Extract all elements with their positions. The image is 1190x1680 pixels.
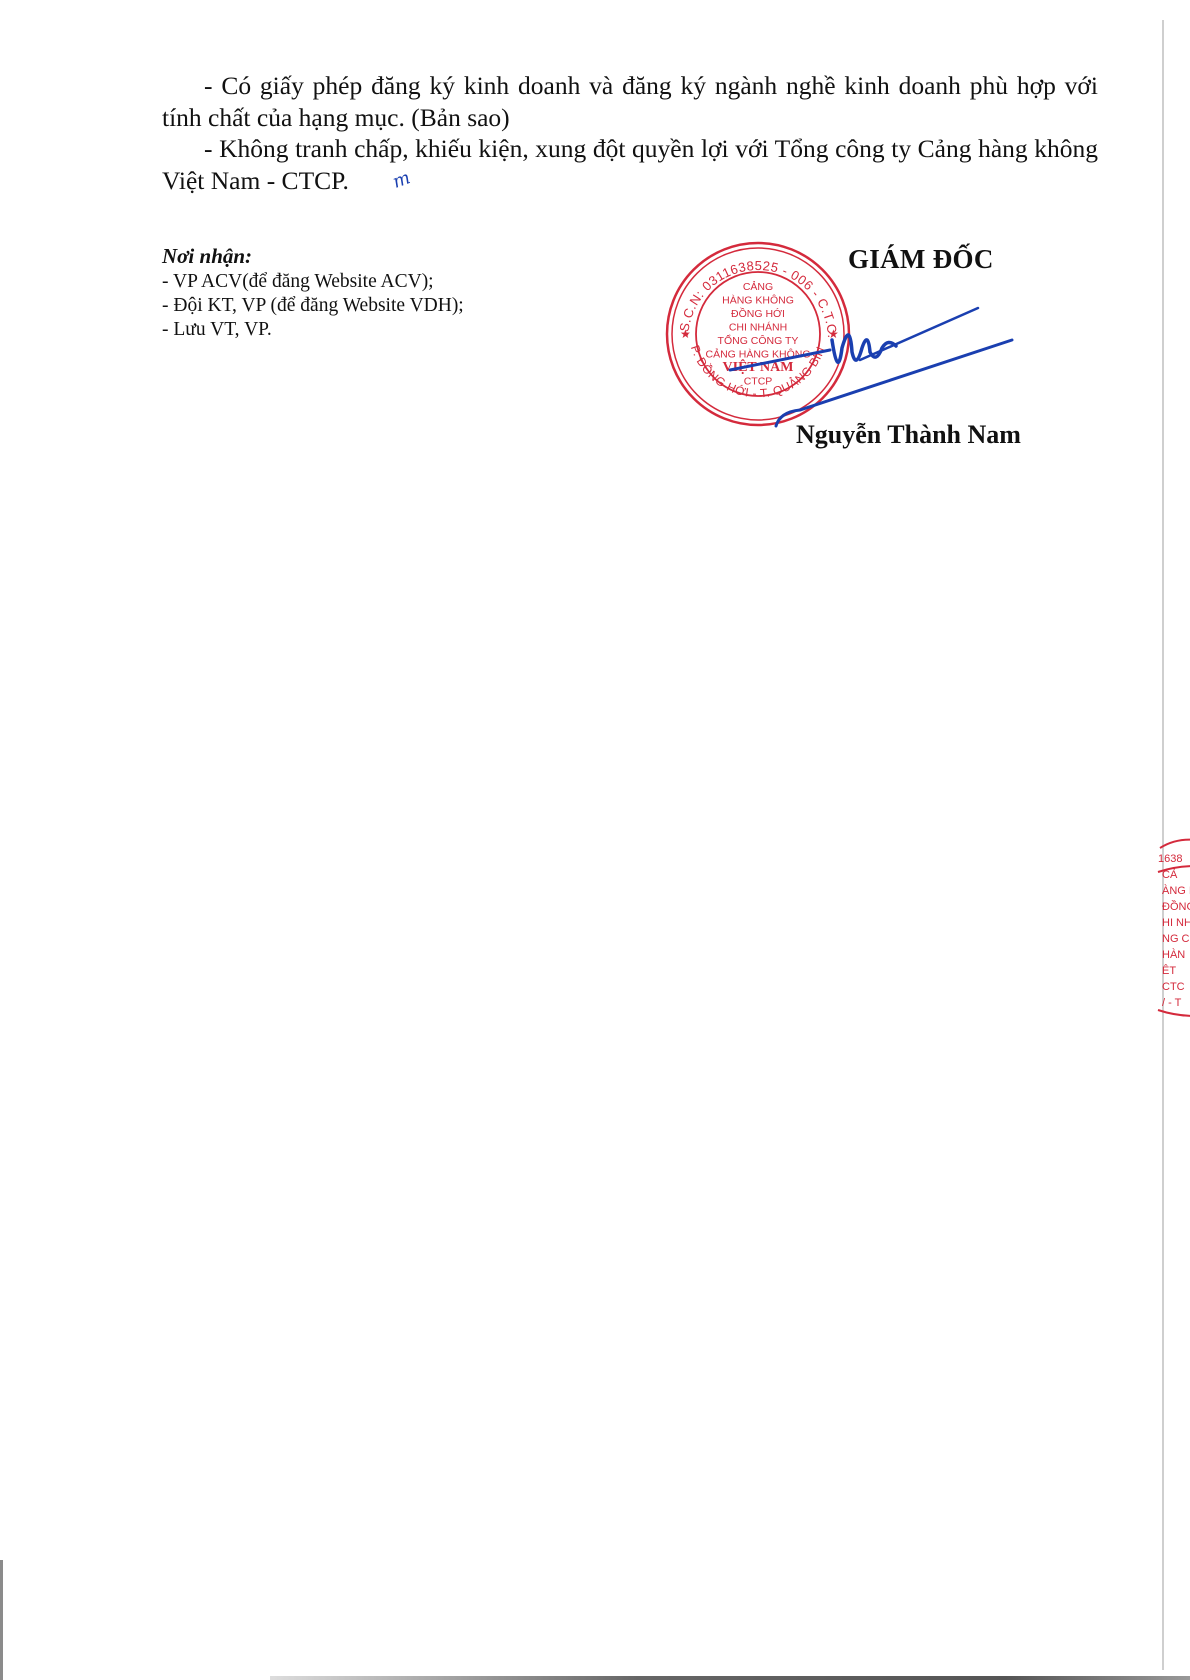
svg-text:ĐỒNG HỚI: ĐỒNG HỚI bbox=[731, 307, 785, 320]
recipient-item: - Lưu VT, VP. bbox=[162, 318, 464, 342]
svg-text:HÀNG KHÔNG: HÀNG KHÔNG bbox=[722, 294, 794, 307]
svg-text:/ - T: / - T bbox=[1162, 997, 1182, 1009]
svg-text:CTCP: CTCP bbox=[744, 376, 773, 388]
svg-text:1638: 1638 bbox=[1158, 853, 1182, 865]
svg-text:HÀN: HÀN bbox=[1162, 948, 1185, 961]
page-bottom-edge bbox=[270, 1676, 1190, 1680]
svg-text:★: ★ bbox=[828, 327, 839, 341]
recipient-item: - Đội KT, VP (để đăng Website VDH); bbox=[162, 294, 464, 318]
margin-seal-fragment-icon: 1638CẢÀNG IĐỒNGHI NHNG COHÀNÊTCTC/ - T bbox=[1156, 836, 1190, 1036]
handwritten-initial-mark: m bbox=[349, 162, 415, 212]
svg-text:CẢNG: CẢNG bbox=[743, 280, 773, 293]
signer-name: Nguyễn Thành Nam bbox=[796, 420, 1021, 450]
svg-text:TỔNG CÔNG TY: TỔNG CÔNG TY bbox=[718, 334, 799, 347]
requirement-no-dispute: - Không tranh chấp, khiếu kiện, xung đột… bbox=[162, 133, 1098, 199]
requirement-business-license: - Có giấy phép đăng ký kinh doanh và đăn… bbox=[162, 70, 1098, 133]
svg-text:CHI NHÁNH: CHI NHÁNH bbox=[729, 321, 787, 334]
page-left-edge bbox=[0, 1560, 3, 1680]
svg-text:ÊT: ÊT bbox=[1162, 964, 1176, 977]
requirement-no-dispute-text: - Không tranh chấp, khiếu kiện, xung đột… bbox=[162, 134, 1098, 195]
recipients-heading: Nơi nhận: bbox=[162, 244, 464, 268]
recipients-block: Nơi nhận: - VP ACV(để đăng Website ACV);… bbox=[162, 244, 464, 342]
svg-text:★: ★ bbox=[680, 327, 691, 341]
svg-text:VIỆT NAM: VIỆT NAM bbox=[723, 358, 794, 375]
body-text: - Có giấy phép đăng ký kinh doanh và đăn… bbox=[162, 70, 1098, 199]
svg-text:ÀNG I: ÀNG I bbox=[1162, 884, 1190, 897]
svg-text:ĐỒNG: ĐỒNG bbox=[1162, 900, 1190, 913]
svg-text:HI NH: HI NH bbox=[1162, 917, 1190, 929]
svg-text:CẢ: CẢ bbox=[1162, 868, 1178, 881]
svg-text:CẢNG HÀNG KHÔNG: CẢNG HÀNG KHÔNG bbox=[705, 348, 810, 361]
svg-text:CTC: CTC bbox=[1162, 981, 1185, 993]
recipient-item: - VP ACV(để đăng Website ACV); bbox=[162, 270, 464, 294]
official-seal-icon: M.S.C.N: 0311638525 - 006 - C.T.C.P TP. … bbox=[664, 240, 852, 428]
svg-text:NG CO: NG CO bbox=[1162, 933, 1190, 945]
signer-title: GIÁM ĐỐC bbox=[848, 244, 994, 275]
